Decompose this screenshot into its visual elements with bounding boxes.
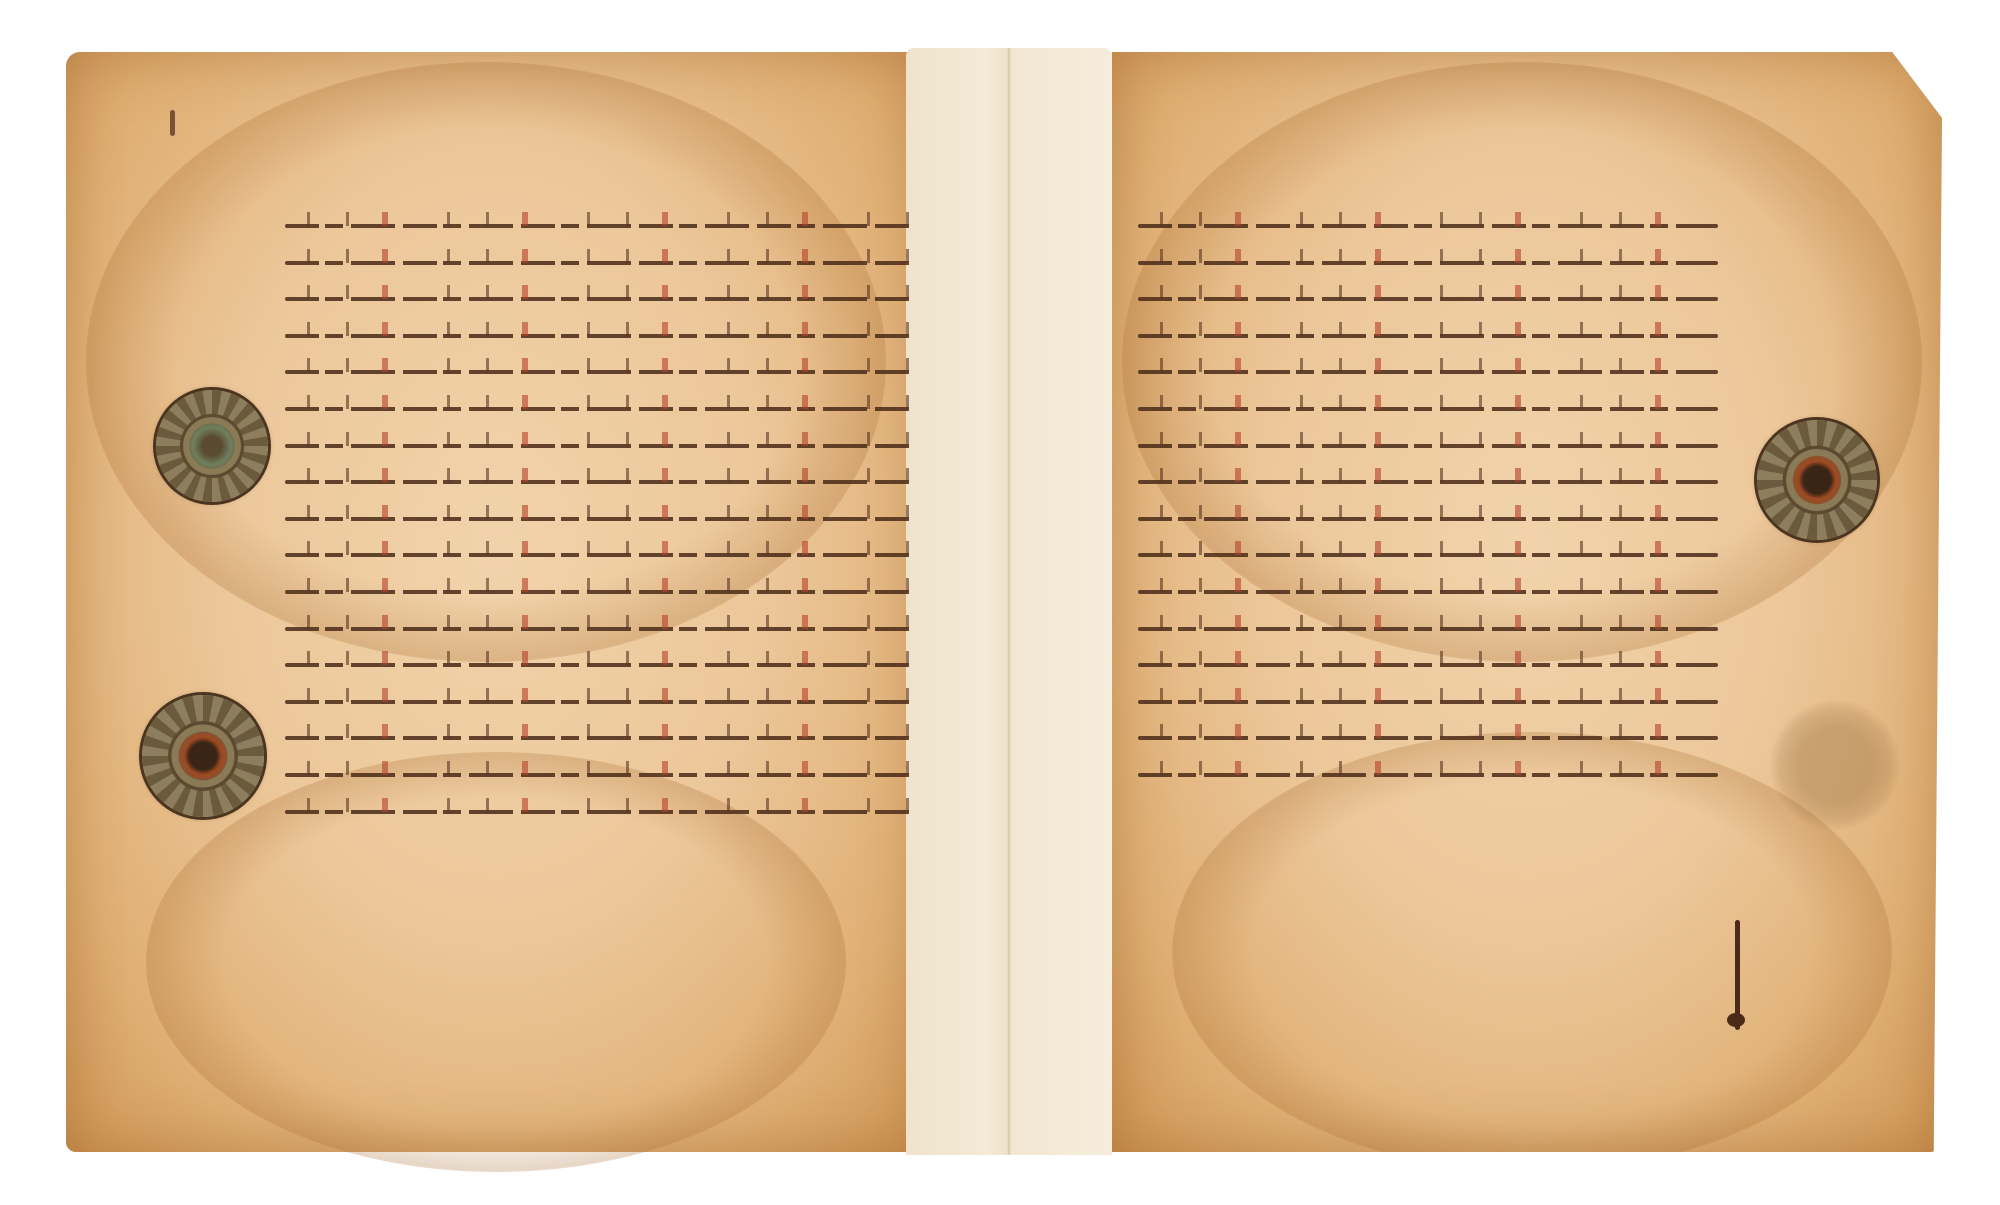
right-text-block	[1138, 210, 1718, 796]
ink-mark	[170, 110, 175, 136]
kufic-text-line	[1138, 320, 1718, 351]
kufic-text-line	[285, 466, 915, 497]
kufic-text-line	[1138, 503, 1718, 534]
left-text-block	[285, 210, 915, 832]
kufic-text-line	[285, 649, 915, 680]
kufic-text-line	[1138, 283, 1718, 314]
rosette-medallion-icon	[142, 695, 264, 817]
rosette-medallion-icon	[1757, 420, 1877, 540]
kufic-text-line	[285, 283, 915, 314]
kufic-text-line	[1138, 210, 1718, 241]
kufic-text-line	[285, 356, 915, 387]
kufic-text-line	[285, 210, 915, 241]
paper-guard-strip	[906, 48, 1112, 1155]
kufic-text-line	[1138, 576, 1718, 607]
kufic-text-line	[285, 686, 915, 717]
kufic-text-line	[1138, 722, 1718, 753]
kufic-text-line	[285, 503, 915, 534]
kufic-text-line	[1138, 759, 1718, 790]
kufic-text-line	[285, 759, 915, 790]
kufic-text-line	[285, 430, 915, 461]
kufic-text-line	[1138, 613, 1718, 644]
rosette-medallion-icon	[156, 390, 268, 502]
kufic-text-line	[1138, 356, 1718, 387]
faded-rosette-offset	[1770, 700, 1900, 830]
kufic-text-line	[285, 539, 915, 570]
kufic-text-line	[285, 320, 915, 351]
kufic-text-line	[1138, 686, 1718, 717]
kufic-text-line	[1138, 466, 1718, 497]
kufic-text-line	[285, 722, 915, 753]
kufic-text-line	[1138, 539, 1718, 570]
kufic-text-line	[285, 247, 915, 278]
kufic-text-line	[285, 613, 915, 644]
kufic-text-line	[285, 393, 915, 424]
kufic-text-line	[1138, 649, 1718, 680]
kufic-text-line	[285, 796, 915, 827]
kufic-text-line	[1138, 430, 1718, 461]
kufic-text-line	[1138, 247, 1718, 278]
ink-mark	[1727, 1013, 1745, 1027]
kufic-text-line	[285, 576, 915, 607]
kufic-text-line	[1138, 393, 1718, 424]
